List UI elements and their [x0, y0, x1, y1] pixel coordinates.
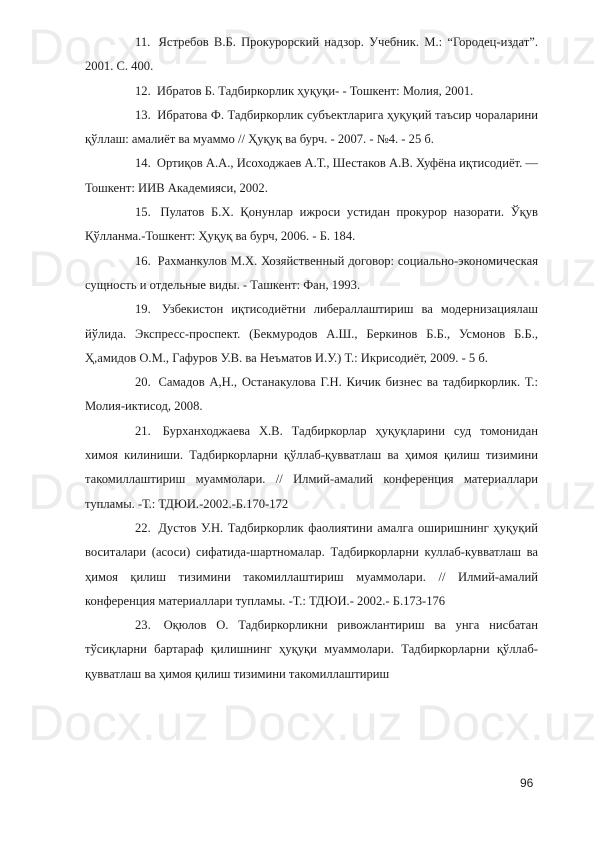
entry-text: Оқюлов О. Тадбиркорликни ривожлантириш в… [85, 618, 538, 681]
entry-number: 12. [135, 84, 151, 98]
entry-text: Ястребов В.Б. Прокурорский надзор. Учебн… [85, 35, 538, 73]
bibliography-entry: 15. Пулатов Б.Х. Қонунлар ижроси устидан… [85, 200, 538, 249]
entry-number: 11. [135, 35, 150, 49]
entry-number: 13. [135, 108, 151, 122]
entry-text: Рахманкулов М.Х. Хозяйственный договор: … [85, 254, 538, 292]
bibliography-entry: 19. Узбекистон иқтисодиётни либераллашти… [85, 297, 538, 370]
bibliography-entry: 14. Ортиқов А.А., Исоходжаев А.Т., Шеста… [85, 151, 538, 200]
entry-number: 16. [135, 254, 151, 268]
bibliography-entry: 13. Ибратова Ф. Тадбиркорлик субъектлари… [85, 103, 538, 152]
bibliography-entry: 16. Рахманкулов М.Х. Хозяйственный догов… [85, 249, 538, 298]
entry-text: Ибратова Ф. Тадбиркорлик субъектларига ҳ… [85, 108, 538, 146]
bibliography-entry: 22. Дустов У.Н. Тадбиркорлик фаолиятини … [85, 516, 538, 613]
page-number: 96 [520, 776, 533, 790]
watermark: Docx.uz [416, 698, 595, 748]
entry-number: 21. [135, 424, 151, 438]
bibliography-entry: 23. Оқюлов О. Тадбиркорликни ривожлантир… [85, 613, 538, 686]
entry-text: Бурханходжаева Х.В. Тадбиркорлар ҳуқуқла… [85, 424, 538, 511]
bibliography-list: 11. Ястребов В.Б. Прокурорский надзор. У… [85, 30, 538, 686]
entry-text: Узбекистон иқтисодиётни либераллаштириш … [85, 302, 538, 365]
entry-number: 19. [135, 302, 151, 316]
watermark: Docx.uz [28, 698, 209, 748]
entry-text: Самадов А,Н., Останакулова Г.Н. Кичик би… [85, 375, 538, 413]
entry-text: Дустов У.Н. Тадбиркорлик фаолиятини амал… [85, 521, 538, 608]
entry-number: 14. [135, 156, 151, 170]
entry-number: 15. [135, 205, 151, 219]
entry-number: 23. [135, 618, 151, 632]
entry-number: 22. [135, 521, 151, 535]
bibliography-entry: 20. Самадов А,Н., Останакулова Г.Н. Кичи… [85, 370, 538, 419]
bibliography-entry: 21. Бурханходжаева Х.В. Тадбиркорлар ҳуқ… [85, 419, 538, 516]
bibliography-entry: 12. Ибратов Б. Тадбиркорлик ҳуқуқи- - То… [85, 79, 538, 103]
entry-text: Ортиқов А.А., Исоходжаев А.Т., Шестаков … [85, 156, 538, 194]
bibliography-entry: 11. Ястребов В.Б. Прокурорский надзор. У… [85, 30, 538, 79]
entry-text: Пулатов Б.Х. Қонунлар ижроси устидан про… [85, 205, 538, 243]
entry-number: 20. [135, 375, 151, 389]
entry-text: Ибратов Б. Тадбиркорлик ҳуқуқи- - Тошкен… [157, 84, 473, 98]
watermark: Docx.uz [222, 698, 403, 748]
